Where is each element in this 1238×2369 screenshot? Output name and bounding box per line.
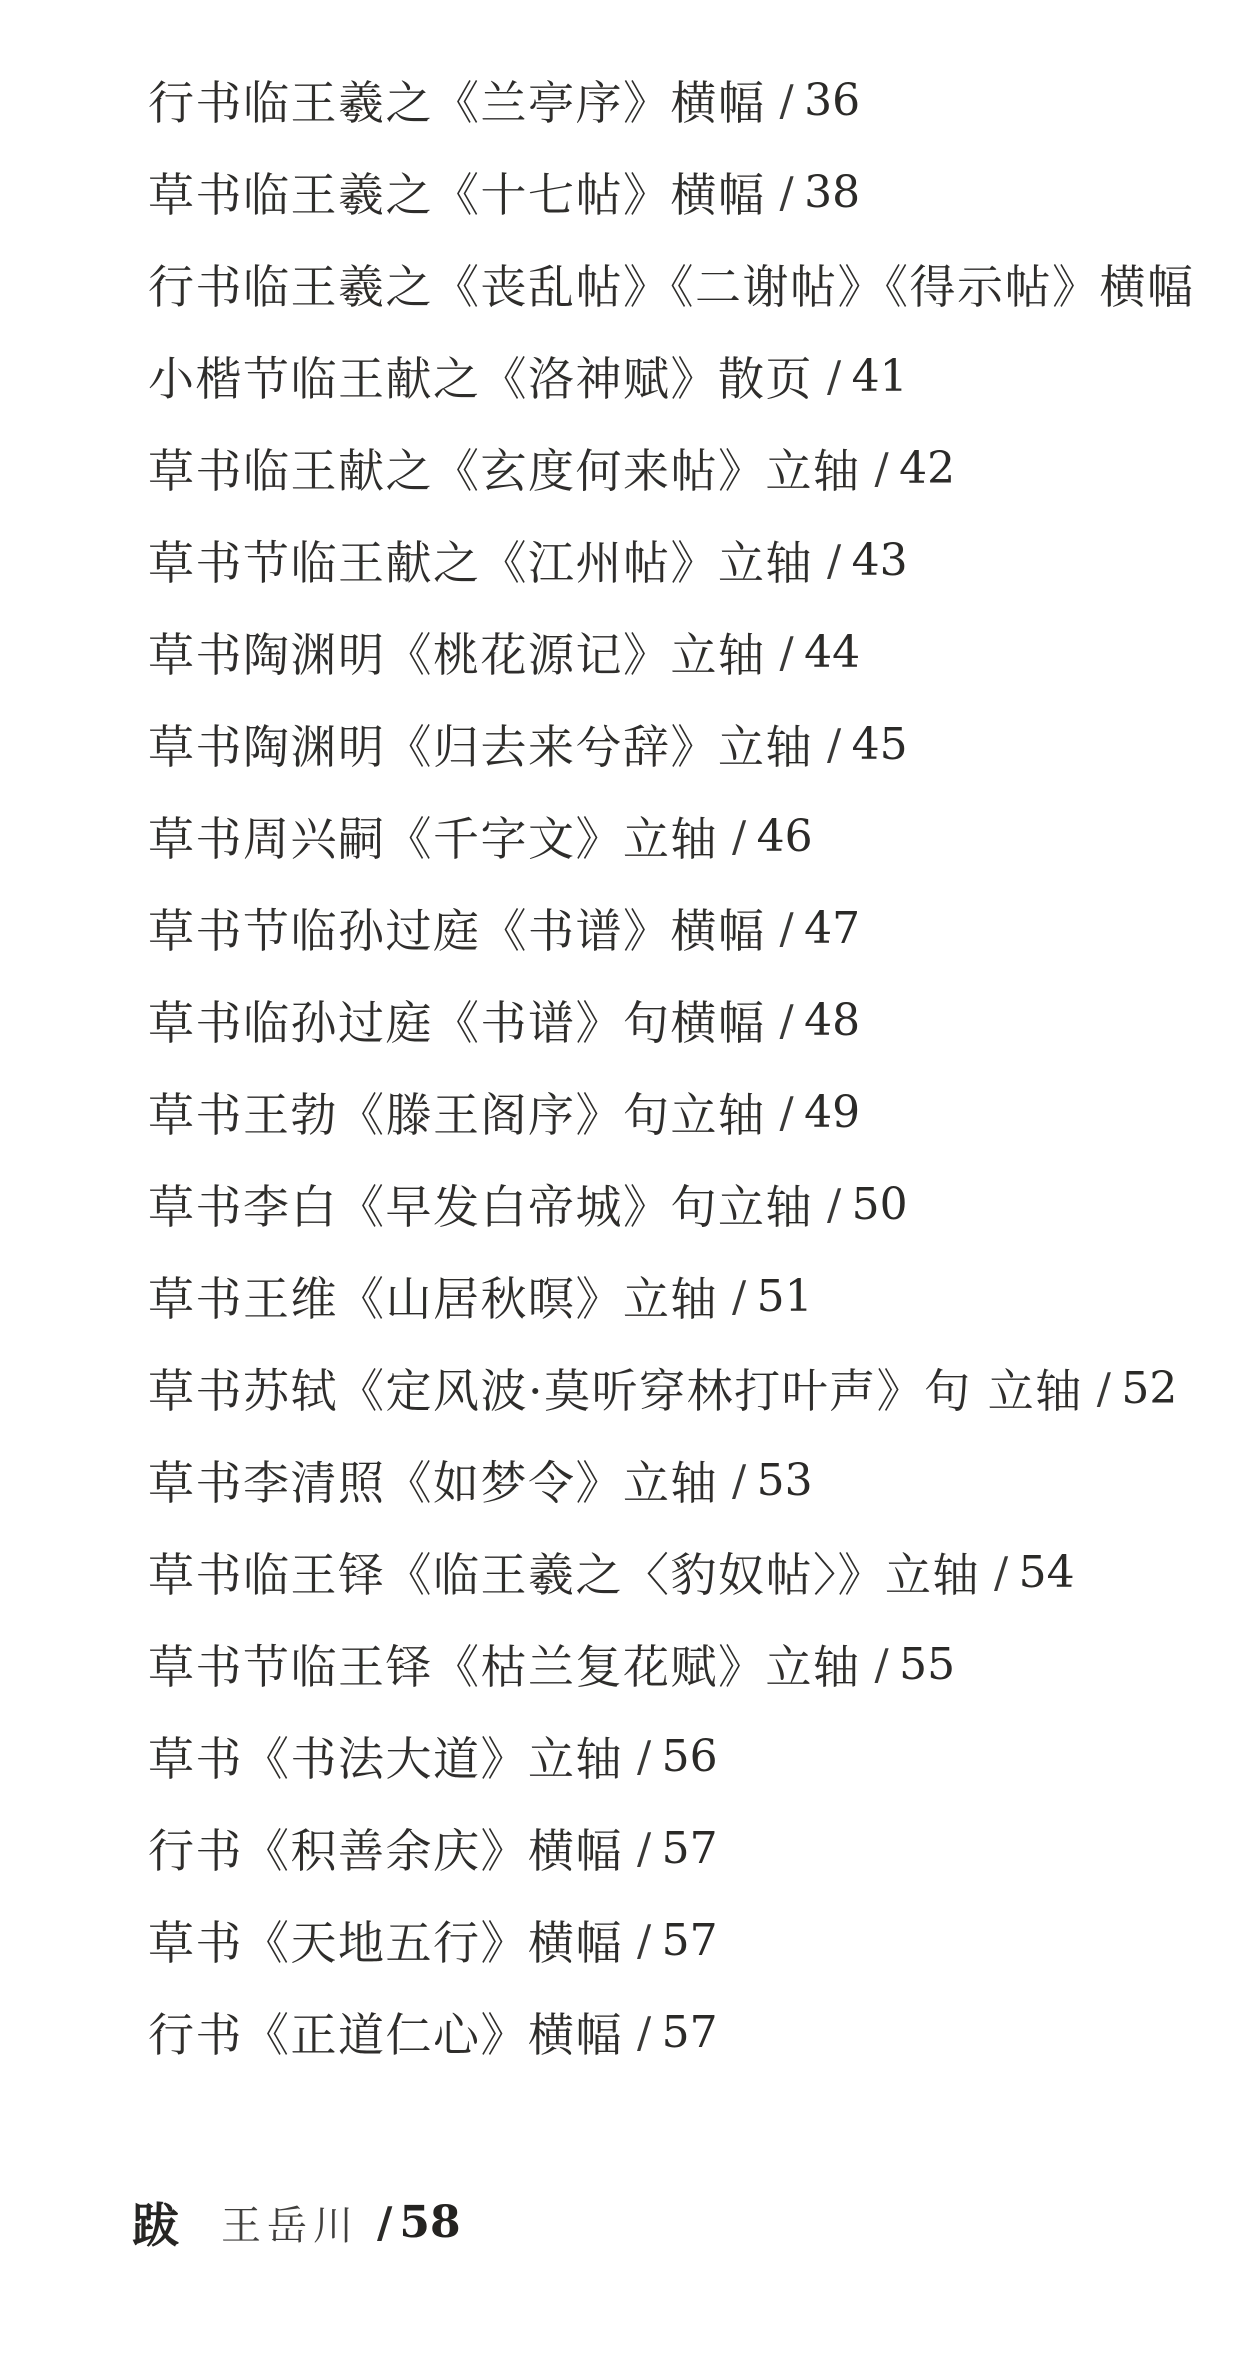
entry-page-number: 54 — [1019, 1547, 1075, 1598]
entry-title: 草书《书法大道》立轴 — [148, 1723, 623, 1789]
entry-separator: / — [780, 168, 796, 217]
toc-entry: 行书《积善余庆》横幅/57 — [148, 1802, 1238, 1894]
entry-title: 行书临王羲之《丧乱帖》《二谢帖》《得示帖》横幅 — [148, 251, 1195, 317]
toc-entry: 草书周兴嗣《千字文》立轴/46 — [148, 790, 1238, 882]
toc-entry: 草书节临孙过庭《书谱》横幅/47 — [148, 882, 1238, 974]
entry-page-number: 53 — [757, 1455, 813, 1506]
toc-entry: 草书临王羲之《十七帖》横幅/38 — [148, 146, 1238, 238]
toc-entry: 草书《天地五行》横幅/57 — [148, 1894, 1238, 1986]
toc-entry: 草书陶渊明《归去来兮辞》立轴/45 — [148, 698, 1238, 790]
entry-page-number: 45 — [852, 719, 908, 770]
entry-separator: / — [732, 1456, 748, 1505]
entry-separator: / — [637, 1916, 653, 1965]
entry-title: 草书临孙过庭《书谱》句横幅 — [148, 987, 766, 1053]
entry-title: 草书王维《山居秋暝》立轴 — [148, 1263, 718, 1329]
entry-title: 草书陶渊明《归去来兮辞》立轴 — [148, 711, 813, 777]
toc-entry: 草书临孙过庭《书谱》句横幅/48 — [148, 974, 1238, 1066]
toc-entry: 行书临王羲之《兰亭序》横幅/36 — [148, 54, 1238, 146]
entry-title: 小楷节临王献之《洛神赋》散页 — [148, 343, 813, 409]
entry-separator: / — [732, 1272, 748, 1321]
entry-page-number: 57 — [662, 1823, 718, 1874]
colophon-author: 王岳川 — [221, 2194, 359, 2251]
entry-title: 草书李清照《如梦令》立轴 — [148, 1447, 718, 1513]
entry-separator: / — [827, 536, 843, 585]
entry-separator: / — [780, 996, 796, 1045]
entry-title: 草书临王献之《玄度何来帖》立轴 — [148, 435, 861, 501]
entry-title: 草书周兴嗣《千字文》立轴 — [148, 803, 718, 869]
toc-entry: 草书临王献之《玄度何来帖》立轴/42 — [148, 422, 1238, 514]
colophon-row: 跋 王岳川 / 58 — [0, 2176, 1238, 2268]
toc-entry: 草书临王铎《临王羲之〈豹奴帖〉》立轴/54 — [148, 1526, 1238, 1618]
entry-title: 草书《天地五行》横幅 — [148, 1907, 623, 1973]
entry-separator: / — [637, 1732, 653, 1781]
entry-separator: / — [637, 1824, 653, 1873]
entry-separator: / — [875, 444, 891, 493]
toc-entry: 草书苏轼《定风波·莫听穿林打叶声》句 立轴/52 — [148, 1342, 1238, 1434]
entry-page-number: 49 — [804, 1087, 860, 1138]
entry-page-number: 38 — [804, 167, 860, 218]
entry-page-number: 36 — [804, 75, 860, 126]
entry-title: 行书《正道仁心》横幅 — [148, 1999, 623, 2065]
entry-separator: / — [732, 812, 748, 861]
toc-entry: 草书《书法大道》立轴/56 — [148, 1710, 1238, 1802]
entry-separator: / — [637, 2008, 653, 2057]
entry-title: 行书《积善余庆》横幅 — [148, 1815, 623, 1881]
toc-entry: 小楷节临王献之《洛神赋》散页/41 — [148, 330, 1238, 422]
entry-page-number: 56 — [662, 1731, 718, 1782]
entry-title: 草书苏轼《定风波·莫听穿林打叶声》句 立轴 — [148, 1355, 1083, 1421]
entry-title: 草书陶渊明《桃花源记》立轴 — [148, 619, 766, 685]
entry-title: 草书临王羲之《十七帖》横幅 — [148, 159, 766, 225]
toc-entry: 草书李清照《如梦令》立轴/53 — [148, 1434, 1238, 1526]
toc-page: 行书临王羲之《兰亭序》横幅/36草书临王羲之《十七帖》横幅/38行书临王羲之《丧… — [0, 0, 1238, 2369]
entry-page-number: 44 — [804, 627, 860, 678]
entry-title: 草书临王铎《临王羲之〈豹奴帖〉》立轴 — [148, 1539, 980, 1605]
entry-page-number: 41 — [852, 351, 908, 402]
entry-page-number: 50 — [852, 1179, 908, 1230]
entry-separator: / — [827, 352, 843, 401]
entry-page-number: 46 — [757, 811, 813, 862]
colophon-separator: / — [377, 2198, 392, 2247]
entry-separator: / — [780, 904, 796, 953]
entry-separator: / — [780, 628, 796, 677]
colophon-title: 跋 — [132, 2189, 179, 2256]
entry-separator: / — [780, 1088, 796, 1137]
entry-title: 草书节临王铎《枯兰复花赋》立轴 — [148, 1631, 861, 1697]
entry-page-number: 42 — [899, 443, 955, 494]
entry-title: 草书王勃《滕王阁序》句立轴 — [148, 1079, 766, 1145]
entry-title: 草书李白《早发白帝城》句立轴 — [148, 1171, 813, 1237]
entry-page-number: 57 — [662, 1915, 718, 1966]
toc-entry: 草书李白《早发白帝城》句立轴/50 — [148, 1158, 1238, 1250]
toc-entry: 草书陶渊明《桃花源记》立轴/44 — [148, 606, 1238, 698]
toc-entry: 草书王勃《滕王阁序》句立轴/49 — [148, 1066, 1238, 1158]
toc-entry: 草书节临王献之《江州帖》立轴/43 — [148, 514, 1238, 606]
entry-separator: / — [994, 1548, 1010, 1597]
toc-entry: 草书王维《山居秋暝》立轴/51 — [148, 1250, 1238, 1342]
entry-separator: / — [827, 1180, 843, 1229]
entry-page-number: 51 — [757, 1271, 813, 1322]
colophon-page-number: 58 — [399, 2197, 460, 2248]
entry-separator: / — [780, 76, 796, 125]
entry-page-number: 48 — [804, 995, 860, 1046]
entry-title: 行书临王羲之《兰亭序》横幅 — [148, 67, 766, 133]
entry-page-number: 52 — [1121, 1363, 1177, 1414]
toc-entry: 行书《正道仁心》横幅/57 — [148, 1986, 1238, 2078]
entry-separator: / — [827, 720, 843, 769]
toc-entry: 行书临王羲之《丧乱帖》《二谢帖》《得示帖》横幅 — [148, 238, 1238, 330]
toc-entry: 草书节临王铎《枯兰复花赋》立轴/55 — [148, 1618, 1238, 1710]
entry-separator: / — [875, 1640, 891, 1689]
entry-separator: / — [1097, 1364, 1113, 1413]
entry-page-number: 43 — [852, 535, 908, 586]
entry-page-number: 57 — [662, 2007, 718, 2058]
toc-list: 行书临王羲之《兰亭序》横幅/36草书临王羲之《十七帖》横幅/38行书临王羲之《丧… — [0, 0, 1238, 2078]
entry-page-number: 55 — [899, 1639, 955, 1690]
entry-title: 草书节临孙过庭《书谱》横幅 — [148, 895, 766, 961]
entry-title: 草书节临王献之《江州帖》立轴 — [148, 527, 813, 593]
entry-page-number: 47 — [804, 903, 860, 954]
